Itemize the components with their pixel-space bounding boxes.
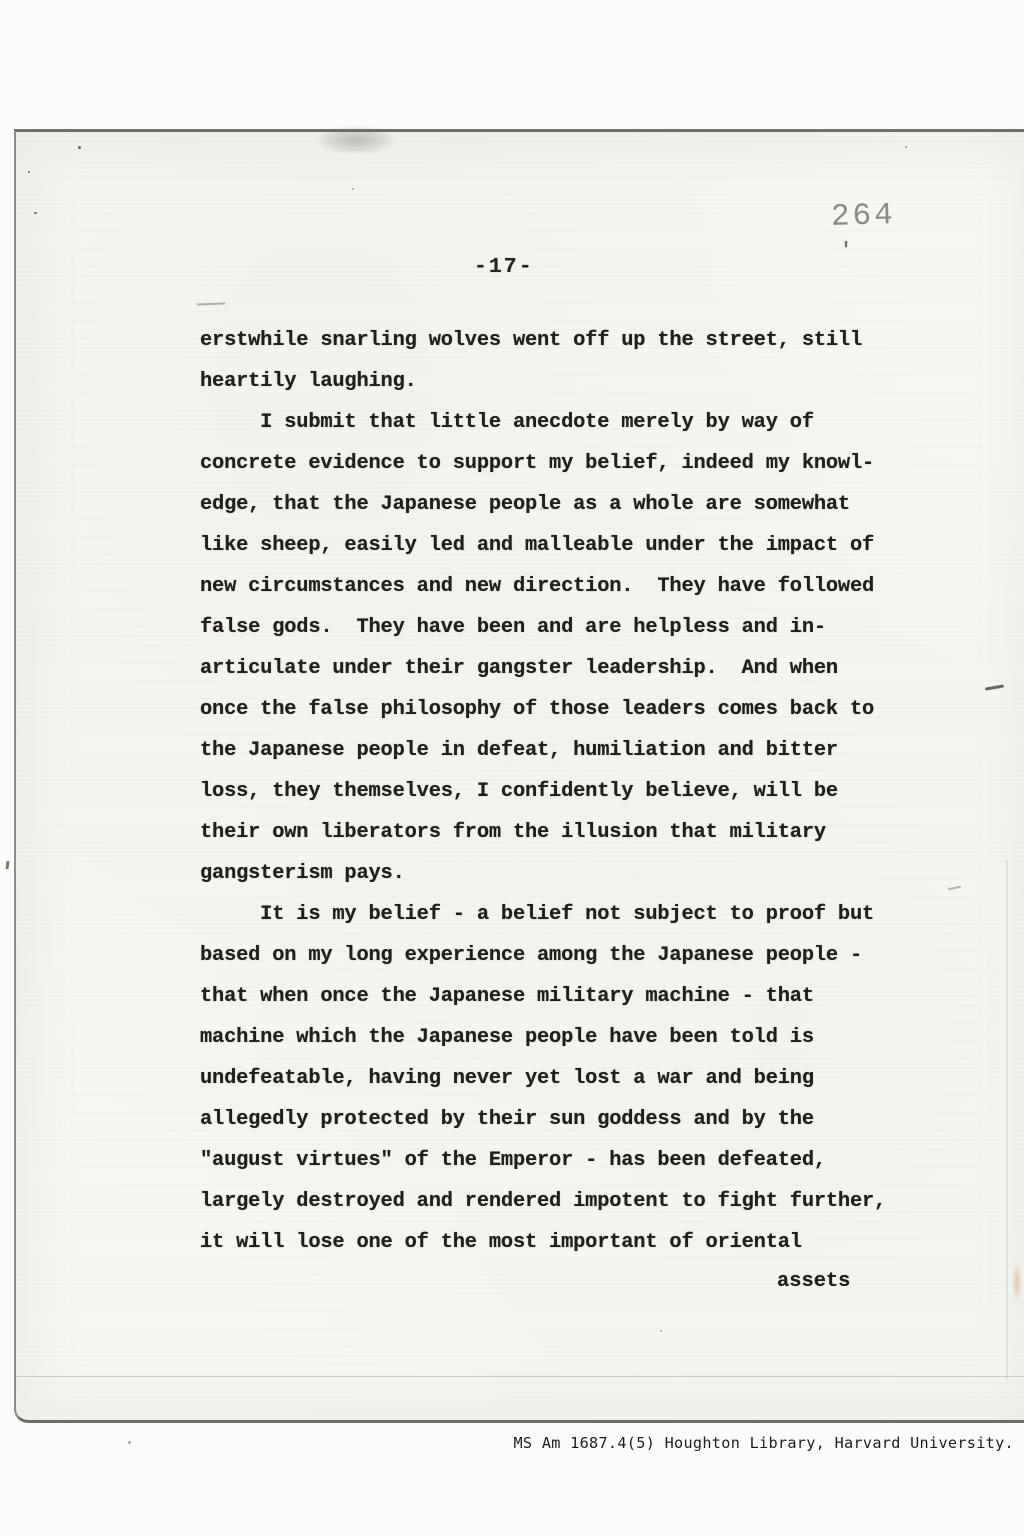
paper-fold-line bbox=[16, 1376, 1024, 1377]
typescript-line: machine which the Japanese people have b… bbox=[200, 1017, 916, 1058]
typescript-line: their own liberators from the illusion t… bbox=[200, 812, 916, 853]
typescript-line: I submit that little anecdote merely by … bbox=[200, 402, 916, 443]
typescript-line: based on my long experience among the Ja… bbox=[200, 935, 916, 976]
scan-speck bbox=[905, 146, 907, 148]
typescript-line: once the false philosophy of those leade… bbox=[200, 689, 916, 730]
scan-speck bbox=[78, 146, 81, 149]
typescript-text: erstwhile snarling wolves went off up th… bbox=[200, 320, 916, 1263]
scan-speck bbox=[28, 171, 30, 173]
ink-smudge bbox=[318, 126, 394, 154]
typescript-line: allegedly protected by their sun goddess… bbox=[200, 1099, 916, 1140]
typescript-line: heartily laughing. bbox=[200, 361, 916, 402]
typescript-line: the Japanese people in defeat, humiliati… bbox=[200, 730, 916, 771]
paper-stain bbox=[1012, 1260, 1022, 1304]
typescript-line: new circumstances and new direction. The… bbox=[200, 566, 916, 607]
typescript-line: false gods. They have been and are helpl… bbox=[200, 607, 916, 648]
scan-streak bbox=[1006, 860, 1008, 1380]
edge-tick-mark bbox=[5, 861, 9, 869]
catchword: assets bbox=[777, 1261, 850, 1302]
typescript-line: largely destroyed and rendered impotent … bbox=[200, 1181, 916, 1222]
scan-background: 264 ' -17- erstwhile snarling wolves wen… bbox=[0, 0, 1024, 1536]
typescript-line: articulate under their gangster leadersh… bbox=[200, 648, 916, 689]
typescript-line: edge, that the Japanese people as a whol… bbox=[200, 484, 916, 525]
scan-speck bbox=[660, 1330, 662, 1332]
typescript-line: loss, they themselves, I confidently bel… bbox=[200, 771, 916, 812]
page-number: -17- bbox=[474, 255, 534, 279]
typescript-line: undefeatable, having never yet lost a wa… bbox=[200, 1058, 916, 1099]
credit-line: MS Am 1687.4(5) Houghton Library, Harvar… bbox=[513, 1434, 1014, 1452]
scan-speck bbox=[34, 212, 37, 214]
typescript-line: that when once the Japanese military mac… bbox=[200, 976, 916, 1017]
stamp-tick-mark: ' bbox=[840, 240, 852, 263]
typescript-line: erstwhile snarling wolves went off up th… bbox=[200, 320, 916, 361]
typescript-line: It is my belief - a belief not subject t… bbox=[200, 894, 916, 935]
typescript-line: gangsterism pays. bbox=[200, 853, 916, 894]
archive-page-stamp: 264 bbox=[831, 198, 897, 235]
typescript-line: like sheep, easily led and malleable und… bbox=[200, 525, 916, 566]
typescript-line: it will lose one of the most important o… bbox=[200, 1222, 916, 1263]
typescript-line: concrete evidence to support my belief, … bbox=[200, 443, 916, 484]
typescript-line: "august virtues" of the Emperor - has be… bbox=[200, 1140, 916, 1181]
scan-speck bbox=[352, 188, 354, 190]
scan-speck bbox=[128, 1441, 131, 1444]
